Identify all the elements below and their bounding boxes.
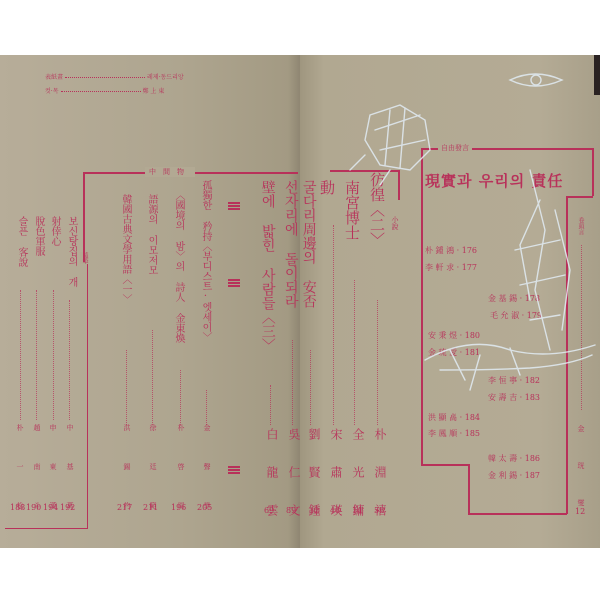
page-number: 205 [197, 503, 212, 512]
cover-art-credit: 表紙畫레제·동드리앙 [45, 72, 184, 81]
essay-title[interactable]: 보신탕집의 개 [64, 216, 79, 287]
page-number: 217 [117, 503, 132, 512]
sketch-drawing-icon [330, 70, 600, 450]
page-number: 190 [26, 503, 41, 512]
leader-dots [292, 340, 293, 425]
leader-dots [310, 350, 311, 425]
free-speech-bottom-rule [468, 513, 567, 515]
page-number: 192 [60, 503, 75, 512]
free-speech-step-rule [421, 464, 469, 466]
free-speech-entry[interactable]: 金 利 錫 · 187 [488, 470, 540, 481]
middle-section-label: 中間物 [145, 167, 195, 177]
leader-dots [206, 390, 207, 425]
section-divider-icon [228, 466, 240, 476]
free-speech-step-vrule [468, 464, 470, 514]
leader-dots [126, 350, 127, 425]
essay-section-label: 隨筆 [80, 252, 89, 264]
section-divider-icon [228, 279, 240, 289]
leader-dots [69, 300, 70, 420]
middle-title[interactable]: 韓國古典文學用語〈一〉 [118, 194, 133, 304]
page-number: 12 [575, 507, 585, 516]
leader-dots [152, 330, 153, 425]
free-speech-entry[interactable]: 韓 太 壽 · 186 [488, 453, 540, 464]
leader-dots [270, 385, 271, 425]
page-number: 188 [10, 503, 25, 512]
middle-title[interactable]: 〈國境의 밤〉의 詩人 金東煥 [171, 190, 186, 343]
novel-title[interactable]: 선자리에 돌이되라 [282, 180, 299, 308]
page-number: 69 [264, 506, 274, 515]
page-number: 14 [352, 506, 362, 515]
essay-title[interactable]: 射倖心 [47, 216, 62, 246]
middle-title[interactable]: 孤獨한 矜持〈부디스트·엣세이〉 [198, 180, 213, 342]
page-number: 196 [171, 503, 186, 512]
novel-title[interactable]: 굴다리周邊의 安否 [300, 180, 317, 308]
leader-dots [20, 290, 21, 420]
leader-dots [180, 370, 181, 425]
middle-section-left-rule [83, 172, 85, 262]
essay-title[interactable]: 脫色軍服 [31, 216, 46, 256]
leader-dots [36, 290, 37, 420]
essay-title[interactable]: 슬픈 客說 [14, 216, 29, 267]
section-divider-icon [228, 202, 240, 212]
page-number: 58 [374, 506, 384, 515]
novel-title[interactable]: 壁에 밟힌 사람들〈三〉 [259, 180, 276, 352]
page-number: 194 [43, 503, 58, 512]
cut-credit: 컷·목鄭 上 東 [45, 86, 164, 95]
page-number: 89 [286, 506, 296, 515]
page-number: 48 [330, 506, 340, 515]
page-number: 32 [309, 506, 319, 515]
leader-dots [53, 290, 54, 420]
page-number: 211 [143, 503, 158, 512]
middle-title[interactable]: 語源의 이모저모 [144, 194, 159, 275]
